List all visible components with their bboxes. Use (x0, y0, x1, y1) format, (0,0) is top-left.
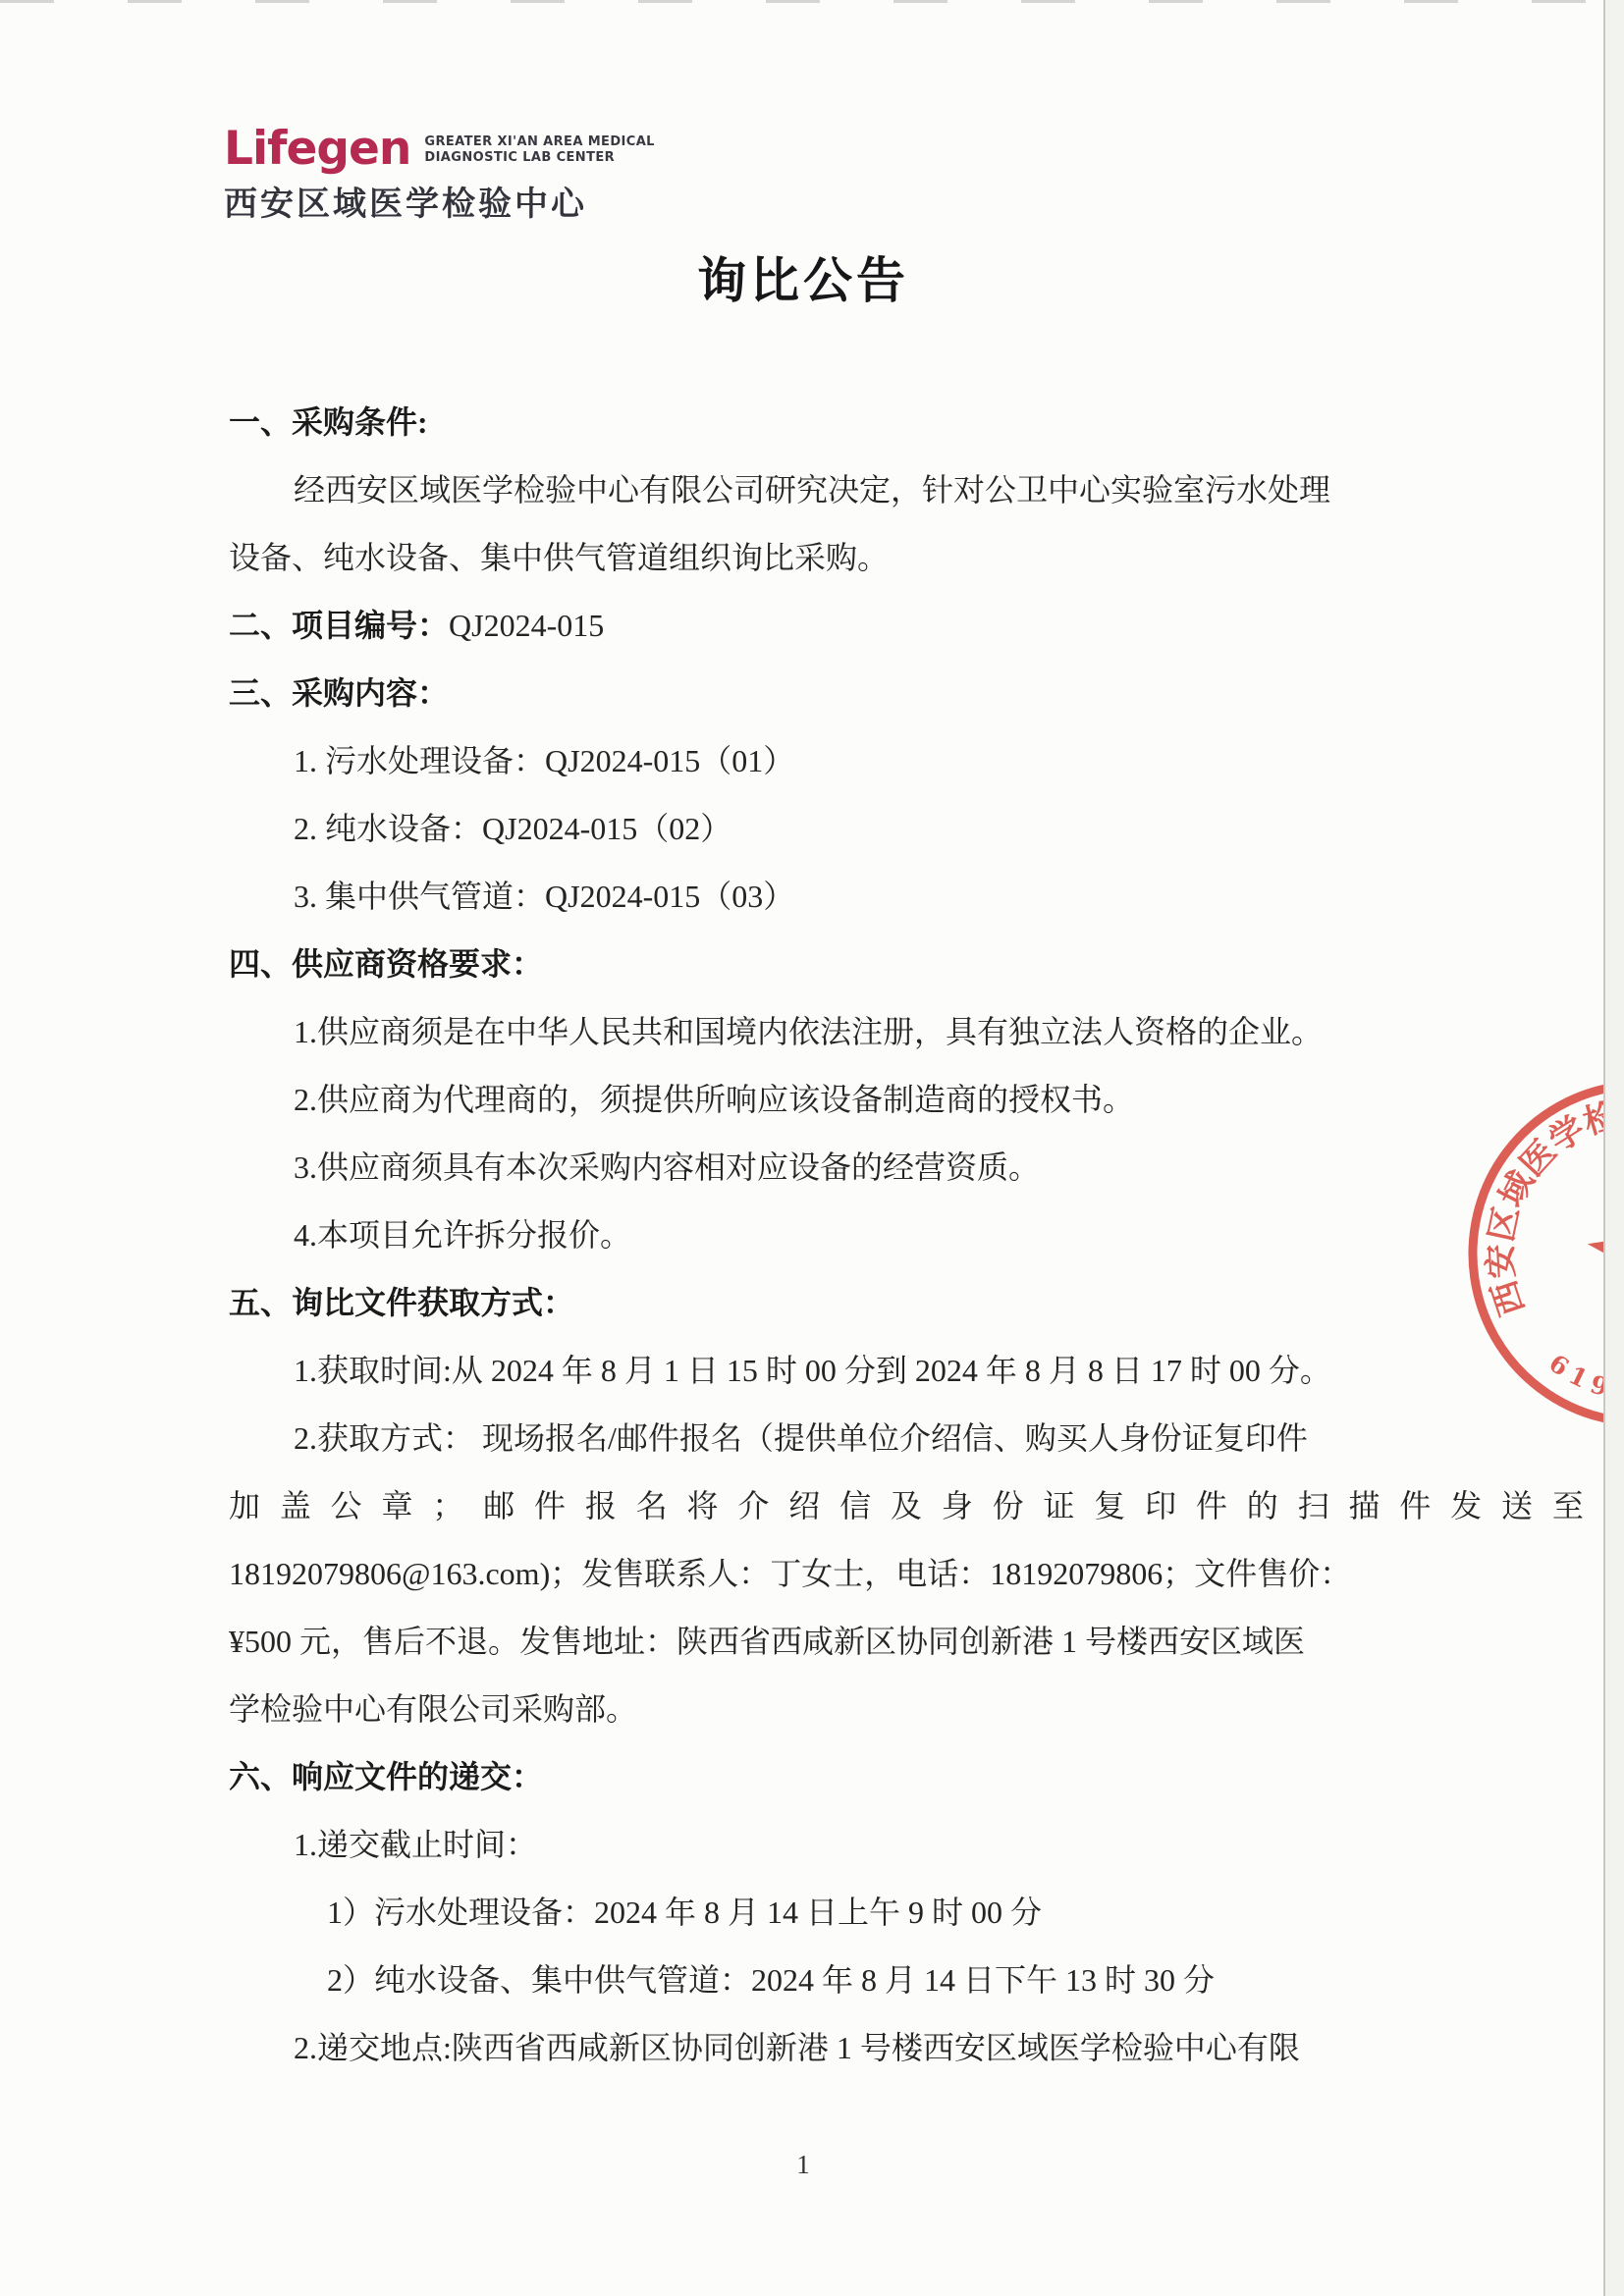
text-line: 加盖公章；邮件报名将介绍信及身份证复印件的扫描件发送至 (229, 1472, 1387, 1540)
text-line: 2. 纯水设备：QJ2024-015（02） (229, 795, 1387, 863)
text-line: 2.递交地点:陕西省西咸新区协同创新港 1 号楼西安区域医学检验中心有限 (229, 2014, 1387, 2082)
text-line: 2.供应商为代理商的，须提供所响应该设备制造商的授权书。 (229, 1066, 1387, 1134)
document-title: 询比公告 (229, 241, 1378, 312)
text-line: 1）污水处理设备：2024 年 8 月 14 日上午 9 时 00 分 (229, 1879, 1387, 1947)
company-logo: Lifegen GREATER XI'AN AREA MEDICAL DIAGN… (224, 126, 655, 225)
text-line: 1.获取时间:从 2024 年 8 月 1 日 15 时 00 分到 2024 … (229, 1337, 1387, 1405)
text-line: 3.供应商须具有本次采购内容相对应设备的经营资质。 (229, 1134, 1387, 1201)
scan-artifact-top (0, 0, 1624, 3)
text-line: 学检验中心有限公司采购部。 (229, 1676, 1387, 1743)
text-line: 1. 污水处理设备：QJ2024-015（01） (229, 727, 1387, 795)
text-line: 四、供应商资格要求： (229, 931, 1387, 998)
text-line: 2.获取方式： 现场报名/邮件报名（提供单位介绍信、购买人身份证复印件 (229, 1405, 1387, 1472)
page-edge-line (1603, 0, 1624, 2296)
brand-cn-name: 西安区域医学检验中心 (224, 177, 655, 225)
text-line: 18192079806@163.com)；发售联系人：丁女士，电话：181920… (229, 1540, 1387, 1608)
company-seal-stamp: 西安区域医学检验中心有限公司 6199060 (1458, 1060, 1603, 1453)
text-line: ¥500 元，售后不退。发售地址：陕西省西咸新区协同创新港 1 号楼西安区域医 (229, 1608, 1387, 1676)
text-line: 三、采购内容： (229, 660, 1387, 727)
text-line: 二、项目编号：QJ2024-015 (229, 592, 1387, 660)
text-line: 3. 集中供气管道：QJ2024-015（03） (229, 863, 1387, 931)
brand-subtitle-line1: GREATER XI'AN AREA MEDICAL (424, 134, 654, 150)
scanned-document-page: Lifegen GREATER XI'AN AREA MEDICAL DIAGN… (0, 0, 1624, 2296)
text-line: 经西安区域医学检验中心有限公司研究决定，针对公卫中心实验室污水处理 (229, 456, 1387, 524)
text-line: 六、响应文件的递交： (229, 1743, 1387, 1811)
text-line: 4.本项目允许拆分报价。 (229, 1201, 1387, 1269)
text-line: 1.递交截止时间： (229, 1811, 1387, 1879)
brand-subtitle-line2: DIAGNOSTIC LAB CENTER (424, 150, 654, 166)
brand-subtitle: GREATER XI'AN AREA MEDICAL DIAGNOSTIC LA… (424, 134, 654, 166)
seal-star (1582, 1192, 1603, 1305)
page-number: 1 (229, 2150, 1378, 2180)
text-line: 一、采购条件: (229, 389, 1387, 456)
text-line: 2）纯水设备、集中供气管道：2024 年 8 月 14 日下午 13 时 30 … (229, 1947, 1387, 2014)
text-line: 设备、纯水设备、集中供气管道组织询比采购。 (229, 524, 1387, 592)
text-line: 1.供应商须是在中华人民共和国境内依法注册，具有独立法人资格的企业。 (229, 998, 1387, 1066)
text-line: 五、询比文件获取方式： (229, 1269, 1387, 1337)
document-body: 一、采购条件:经西安区域医学检验中心有限公司研究决定，针对公卫中心实验室污水处理… (229, 389, 1387, 2082)
brand-wordmark: Lifegen (224, 126, 410, 172)
